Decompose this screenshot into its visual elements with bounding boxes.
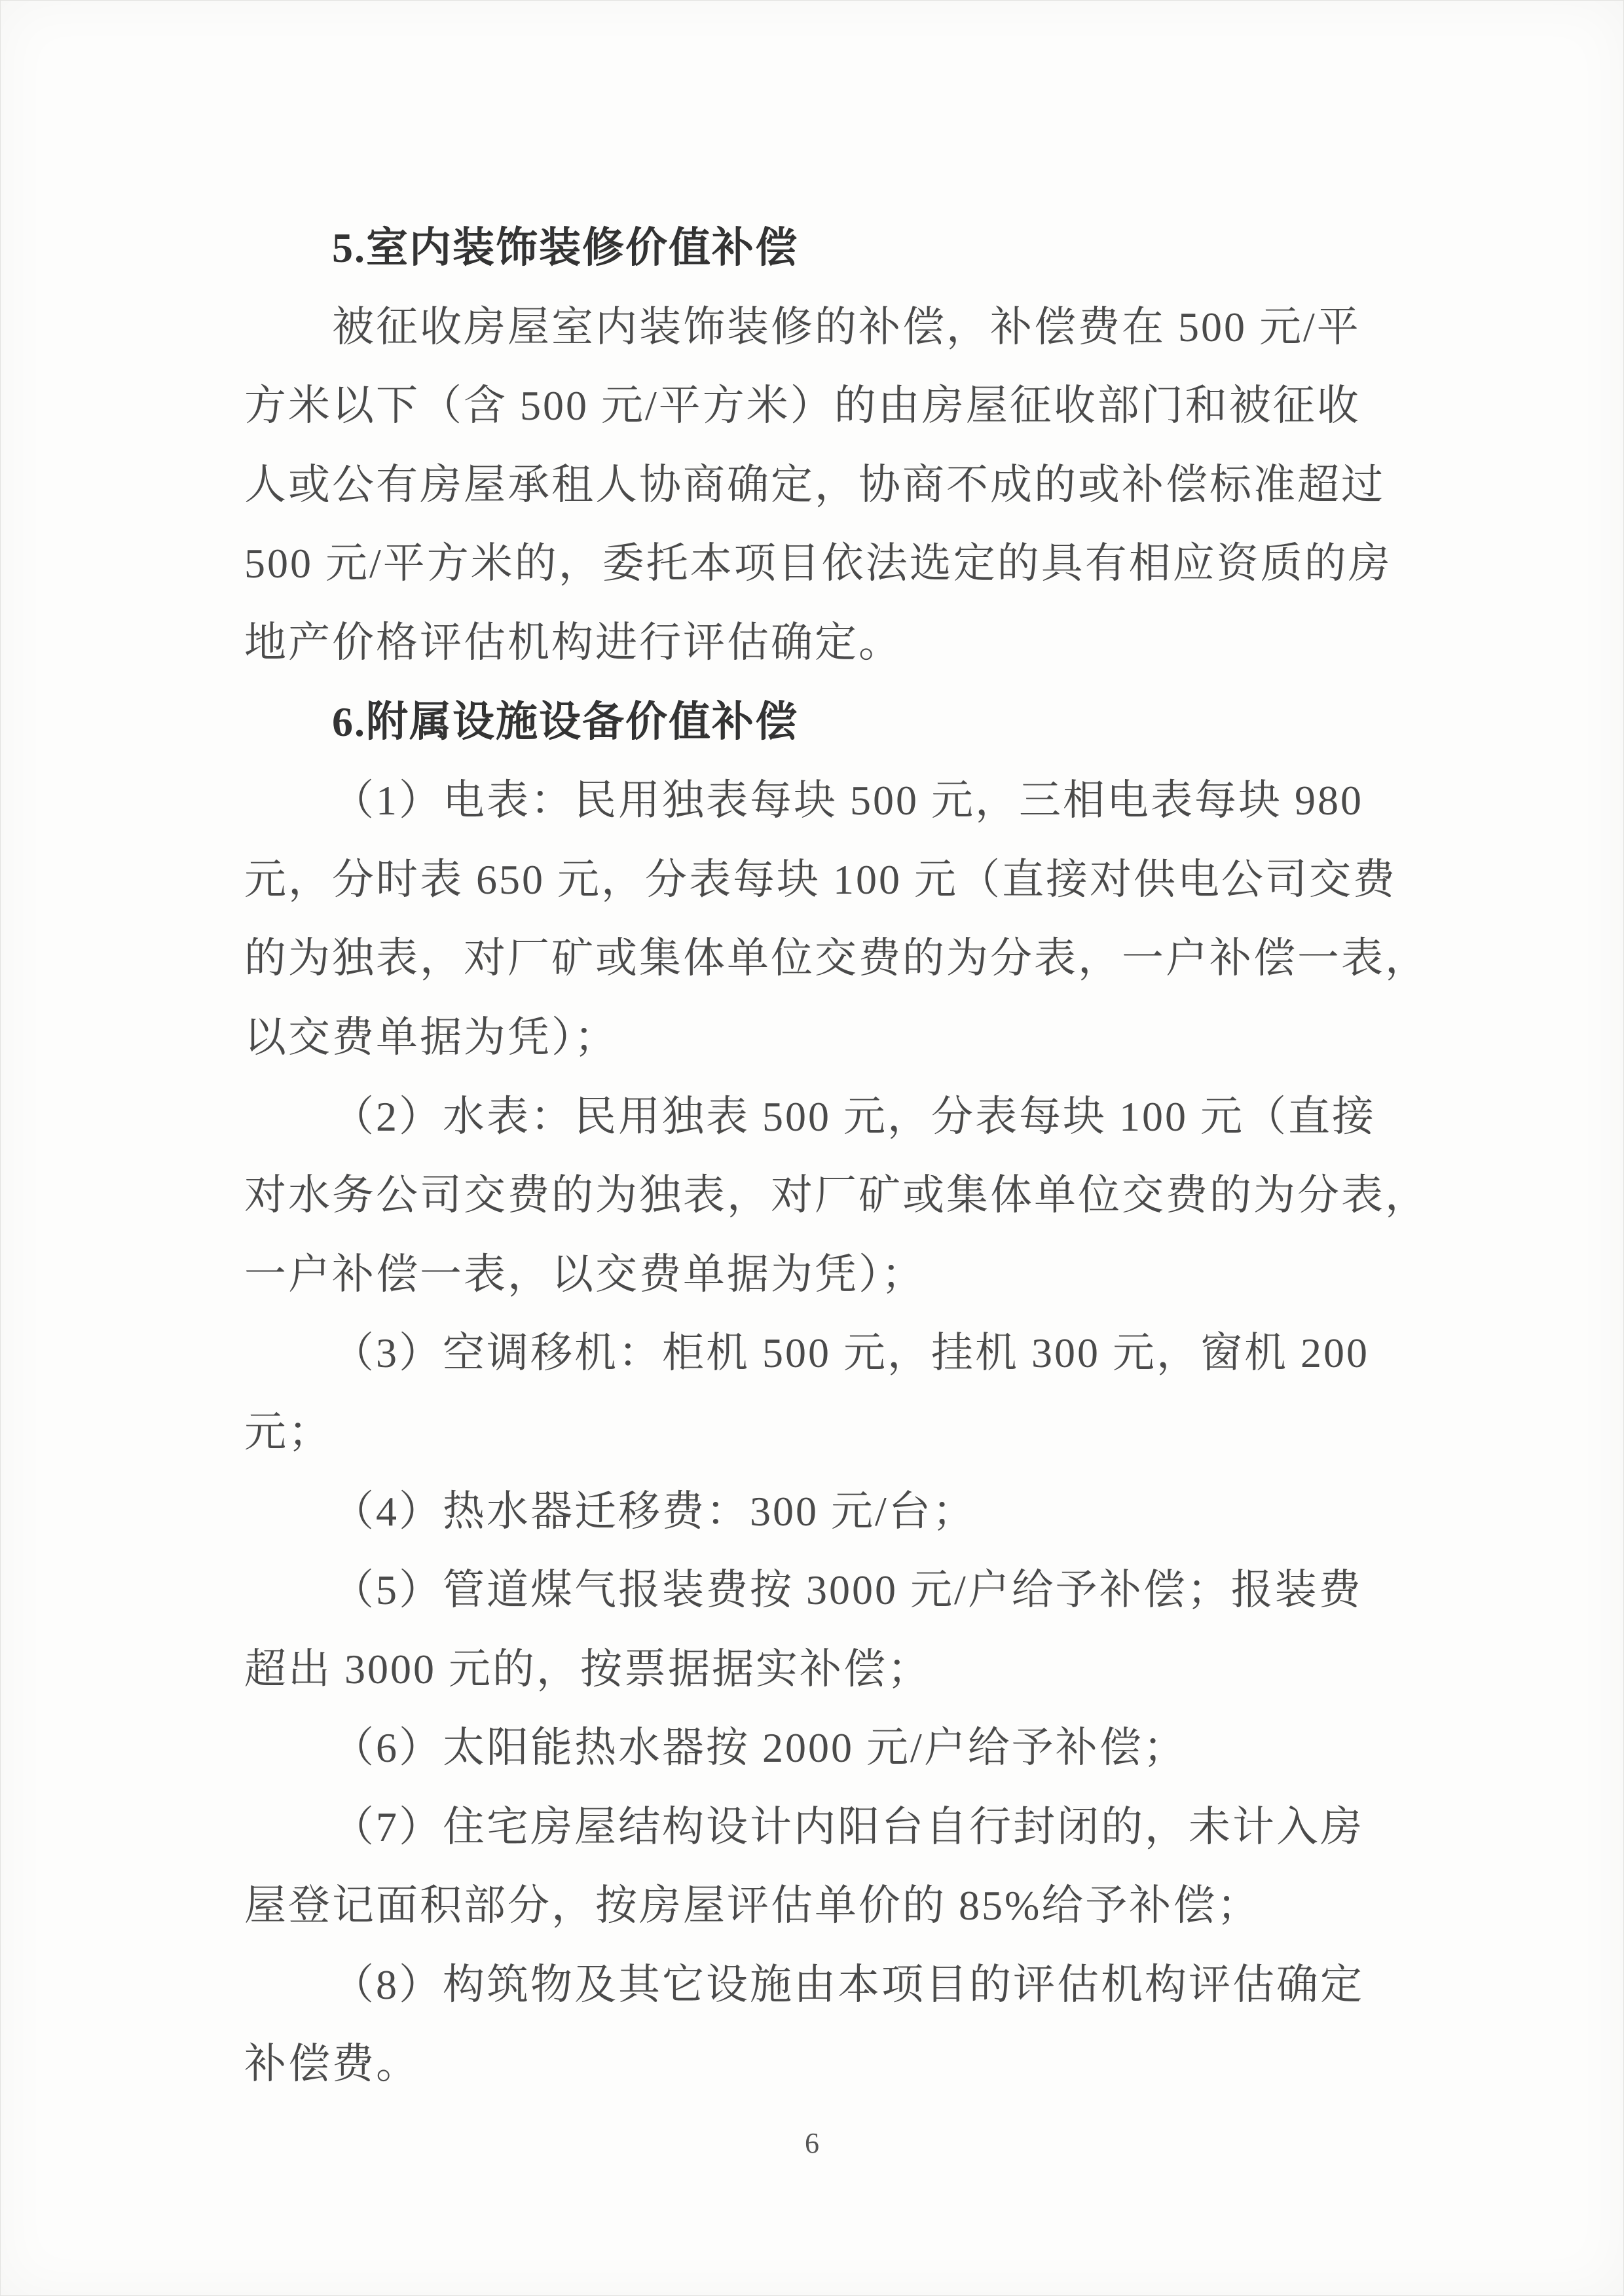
list-item-1-line: 以交费单据为凭）； xyxy=(244,998,1384,1078)
document-page: 5.室内装饰装修价值补偿 被征收房屋室内装饰装修的补偿，补偿费在 500 元/平… xyxy=(0,0,1624,2296)
paragraph-line: 地产价格评估机构进行评估确定。 xyxy=(244,604,1384,683)
list-item-5-line: 超出 3000 元的，按票据据实补偿； xyxy=(244,1630,1384,1709)
list-item-3-line: 元； xyxy=(244,1393,1384,1472)
list-item-1-line: 元，分时表 650 元，分表每块 100 元（直接对供电公司交费 xyxy=(244,841,1384,920)
section-heading-6: 6.附属设施设备价值补偿 xyxy=(244,683,1384,762)
list-item-2-line: （2）水表：民用独表 500 元，分表每块 100 元（直接 xyxy=(244,1078,1384,1157)
paragraph-line: 500 元/平方米的，委托本项目依法选定的具有相应资质的房 xyxy=(244,524,1384,604)
list-item-3-line: （3）空调移机：柜机 500 元，挂机 300 元，窗机 200 xyxy=(244,1314,1384,1393)
text-block: 5.室内装饰装修价值补偿 被征收房屋室内装饰装修的补偿，补偿费在 500 元/平… xyxy=(244,209,1384,2104)
list-item-7-line: （7）住宅房屋结构设计内阳台自行封闭的，未计入房 xyxy=(244,1788,1384,1867)
section-heading-5: 5.室内装饰装修价值补偿 xyxy=(244,209,1384,288)
list-item-7-line: 屋登记面积部分，按房屋评估单价的 85%给予补偿； xyxy=(244,1867,1384,1946)
paragraph-line: 被征收房屋室内装饰装修的补偿，补偿费在 500 元/平 xyxy=(244,288,1384,367)
list-item-8-line: 补偿费。 xyxy=(244,2025,1384,2104)
list-item-6-line: （6）太阳能热水器按 2000 元/户给予补偿； xyxy=(244,1709,1384,1788)
list-item-8-line: （8）构筑物及其它设施由本项目的评估机构评估确定 xyxy=(244,1946,1384,2025)
list-item-2-line: 对水务公司交费的为独表，对厂矿或集体单位交费的为分表， xyxy=(244,1156,1384,1235)
list-item-4-line: （4）热水器迁移费：300 元/台； xyxy=(244,1472,1384,1552)
page-number: 6 xyxy=(1,2121,1623,2166)
list-item-2-line: 一户补偿一表，以交费单据为凭）； xyxy=(244,1235,1384,1315)
paragraph-line: 方米以下（含 500 元/平方米）的由房屋征收部门和被征收 xyxy=(244,367,1384,446)
paragraph-line: 人或公有房屋承租人协商确定，协商不成的或补偿标准超过 xyxy=(244,446,1384,525)
list-item-1-line: 的为独表，对厂矿或集体单位交费的为分表，一户补偿一表， xyxy=(244,919,1384,998)
list-item-1-line: （1）电表：民用独表每块 500 元，三相电表每块 980 xyxy=(244,761,1384,841)
list-item-5-line: （5）管道煤气报装费按 3000 元/户给予补偿；报装费 xyxy=(244,1551,1384,1630)
